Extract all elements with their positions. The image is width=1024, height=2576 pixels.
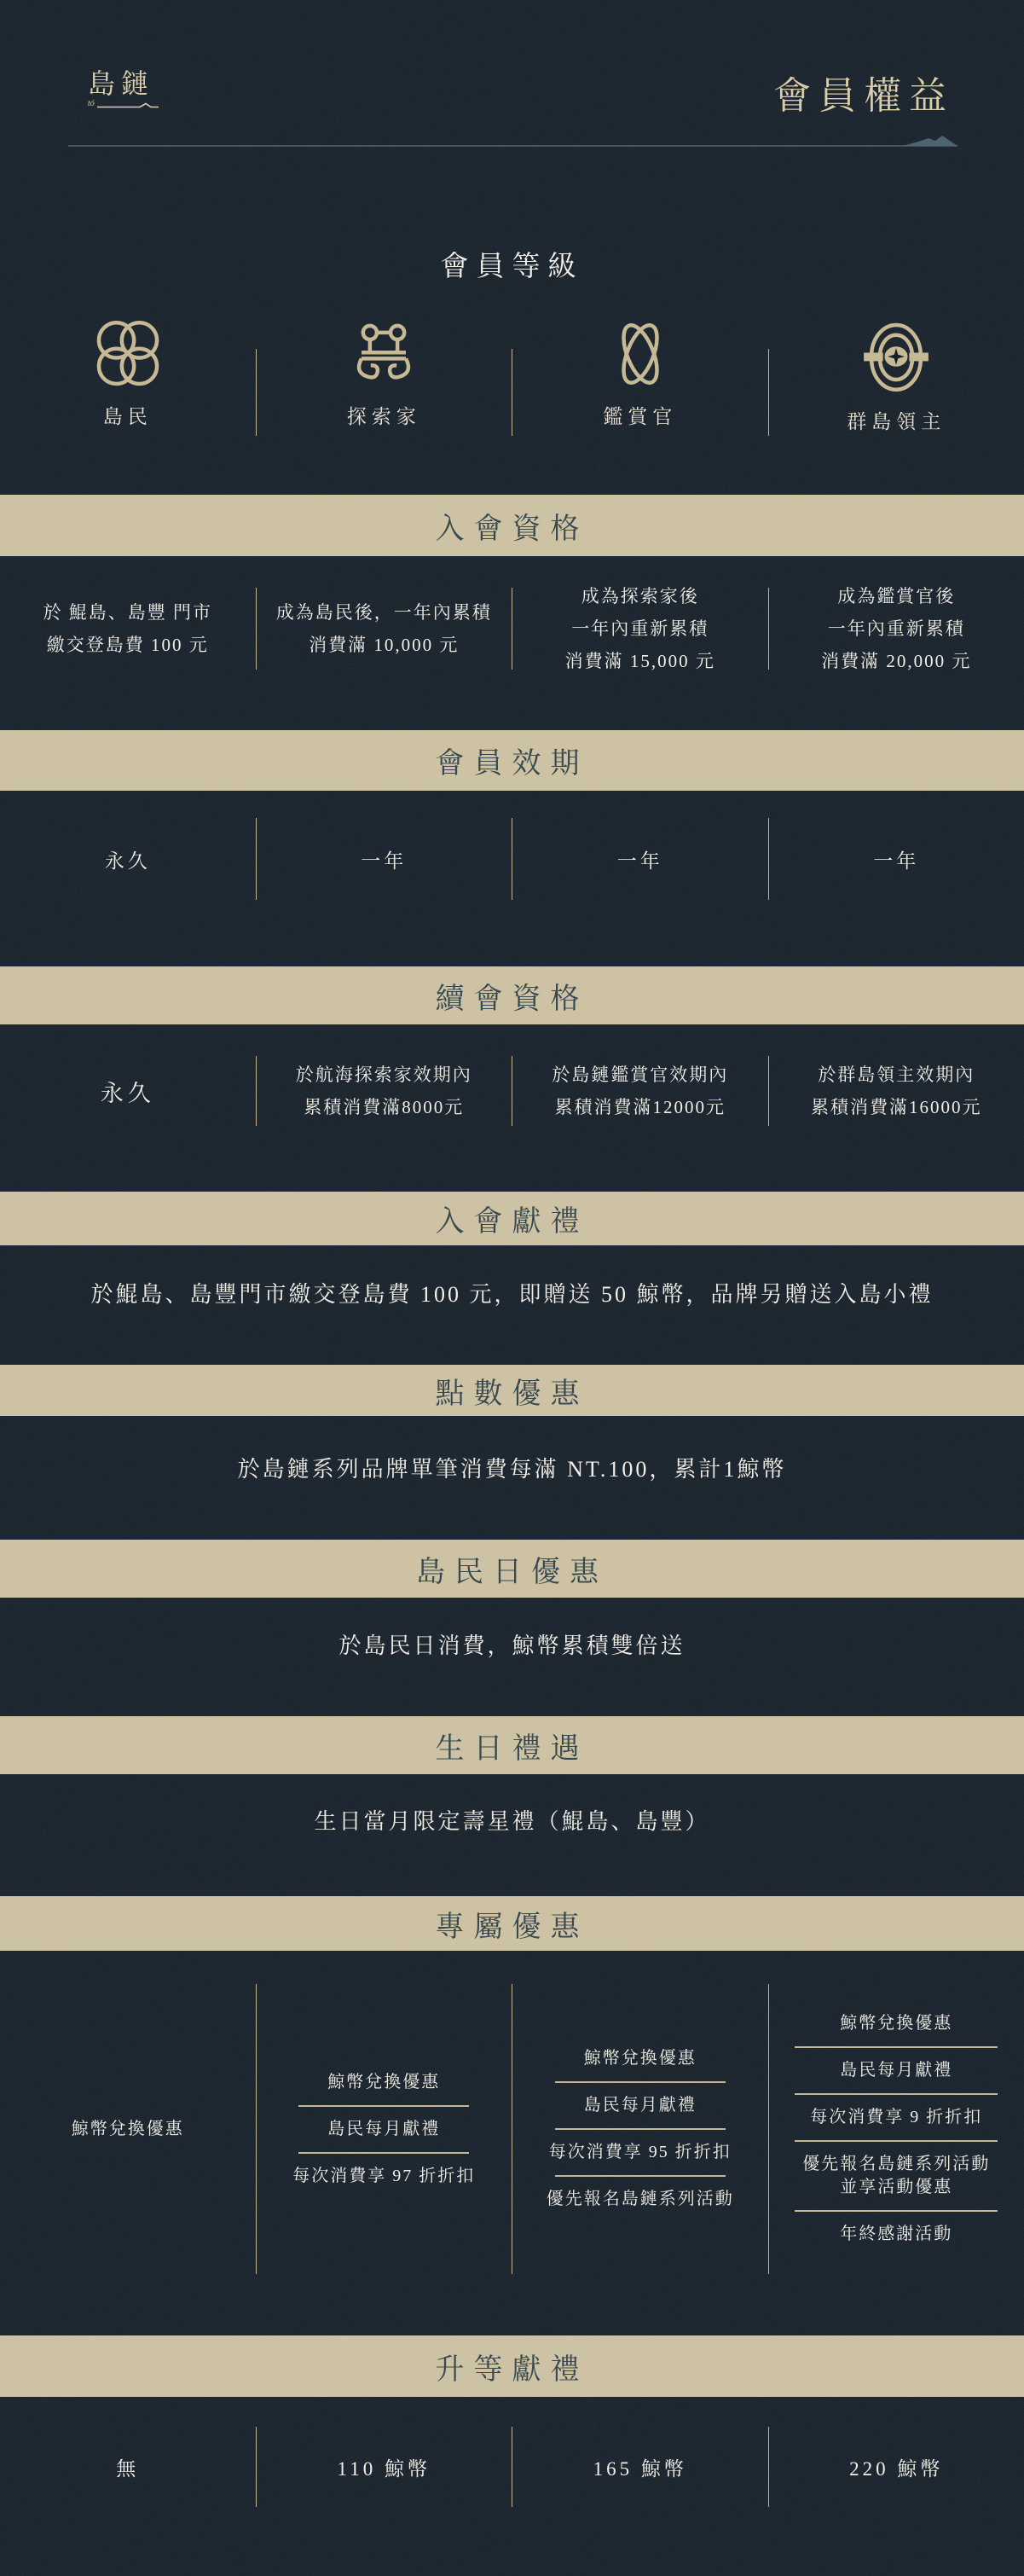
validity-col-4: 一年: [769, 791, 1024, 927]
tier-label: 鑑賞官: [603, 401, 677, 429]
band-title: 生日禮遇: [436, 1725, 589, 1767]
exclusive-item: 每次消費享 95 折折扣: [549, 2136, 732, 2169]
renewal-col-2: 於航海探索家效期內 累積消費滿8000元: [257, 1024, 512, 1157]
renewal-line: 於群島領主效期內: [818, 1059, 975, 1091]
member-levels-title: 會員等級: [0, 247, 1024, 287]
page-title: 會員權益: [773, 65, 954, 119]
validity-value: 一年: [361, 845, 407, 873]
item-separator-line: [795, 2046, 998, 2048]
header: 島鏈 tó 會員權益: [0, 0, 1024, 147]
band-points: 點數優惠: [0, 1365, 1024, 1416]
crest-icon: [852, 317, 940, 396]
logo-underline-icon: [97, 102, 159, 108]
qualification-line: 於 鯤島、島豐 門市: [43, 596, 213, 629]
validity-value: 一年: [873, 845, 919, 873]
renewal-col-1: 永久: [0, 1024, 256, 1157]
brand-logo-romanization: tó: [88, 100, 95, 108]
item-separator-line: [298, 2105, 469, 2107]
qualification-line: 成為島民後，一年內累積: [276, 596, 492, 629]
validity-col-3: 一年: [512, 791, 768, 927]
exclusive-item: 島民每月獻禮: [840, 2054, 952, 2087]
qualification-col-1: 於 鯤島、島豐 門市 繳交登島費 100 元: [0, 556, 256, 701]
islander-day-row: 於島民日消費，鯨幣累積雙倍送: [0, 1598, 1024, 1716]
upgrade-value: 165 鯨幣: [593, 2453, 687, 2481]
joining-gift-row: 於鯤島、島豐門市繳交登島費 100 元，即贈送 50 鯨幣，品牌另贈送入島小禮: [0, 1245, 1024, 1365]
validity-row: 永久 一年 一年 一年: [0, 791, 1024, 966]
qualification-col-3: 成為探索家後 一年內重新累積 消費滿 15,000 元: [512, 556, 768, 701]
upgrade-col-4: 220 鯨幣: [769, 2397, 1024, 2537]
item-separator-line: [555, 2081, 726, 2083]
birthday-row: 生日當月限定壽星禮（鯤島、島豐）: [0, 1774, 1024, 1896]
tier-connoisseur: 鑑賞官: [512, 317, 768, 429]
item-separator-line: [298, 2152, 469, 2154]
item-separator-line: [555, 2175, 726, 2177]
validity-value: 永久: [105, 845, 151, 873]
upgrade-value: 110 鯨幣: [338, 2453, 431, 2481]
renewal-line: 累積消費滿16000元: [811, 1091, 982, 1123]
band-title: 點數優惠: [436, 1370, 589, 1412]
item-separator-line: [555, 2128, 726, 2130]
brand-logo: 島鏈 tó: [88, 68, 159, 108]
exclusive-item: 鯨幣兌換優惠: [840, 2007, 952, 2040]
upgrade-gift-row: 無 110 鯨幣 165 鯨幣 220 鯨幣: [0, 2397, 1024, 2576]
band-title: 會員效期: [436, 740, 589, 781]
exclusive-item: 每次消費享 97 折折扣: [292, 2160, 475, 2193]
exclusive-col-1: 鯨幣兌換優惠: [0, 1951, 256, 2307]
exclusive-item: 優先報名島鏈系列活動 並享活動優惠: [802, 2148, 990, 2204]
qualification-line: 一年內重新累積: [828, 612, 965, 645]
qualification-line: 消費滿 15,000 元: [565, 645, 715, 677]
tier-label: 探索家: [347, 401, 421, 429]
exclusive-item: 年終感謝活動: [840, 2218, 952, 2251]
upgrade-value: 無: [116, 2453, 139, 2481]
tier-archipelago-lord: 群島領主: [769, 317, 1024, 434]
knot-icon: [341, 317, 426, 391]
tier-label: 島民: [103, 401, 153, 429]
band-title: 升等獻禮: [436, 2346, 589, 2387]
tier-explorer: 探索家: [257, 317, 512, 429]
exclusive-item: 鯨幣兌換優惠: [72, 2113, 184, 2146]
member-levels-section: 會員等級 島民: [0, 147, 1024, 495]
band-islander-day: 島民日優惠: [0, 1540, 1024, 1598]
birthday-text: 生日當月限定壽星禮（鯤島、島豐）: [314, 1804, 709, 1836]
band-title: 入會獻禮: [436, 1198, 589, 1239]
upgrade-col-2: 110 鯨幣: [257, 2397, 512, 2537]
band-validity: 會員效期: [0, 730, 1024, 791]
exclusive-item: 每次消費享 9 折折扣: [810, 2101, 982, 2134]
qualification-line: 一年內重新累積: [571, 612, 709, 645]
item-separator-line: [795, 2210, 998, 2212]
exclusive-row: 鯨幣兌換優惠 鯨幣兌換優惠 島民每月獻禮 每次消費享 97 折折扣 鯨幣兌換優惠…: [0, 1951, 1024, 2335]
joining-gift-text: 於鯤島、島豐門市繳交登島費 100 元，即贈送 50 鯨幣，品牌另贈送入島小禮: [90, 1277, 933, 1308]
renewal-line: 於航海探索家效期內: [296, 1059, 472, 1091]
exclusive-item: 島民每月獻禮: [584, 2089, 697, 2122]
band-title: 入會資格: [436, 505, 589, 547]
exclusive-col-2: 鯨幣兌換優惠 島民每月獻禮 每次消費享 97 折折扣: [257, 1951, 512, 2307]
band-joining-gift: 入會獻禮: [0, 1192, 1024, 1245]
band-renewal: 續會資格: [0, 966, 1024, 1024]
qualification-line: 成為鑑賞官後: [837, 580, 955, 612]
qualification-col-4: 成為鑑賞官後 一年內重新累積 消費滿 20,000 元: [769, 556, 1024, 701]
qualification-line: 成為探索家後: [581, 580, 699, 612]
validity-col-2: 一年: [257, 791, 512, 927]
upgrade-col-1: 無: [0, 2397, 256, 2537]
qualification-row: 於 鯤島、島豐 門市 繳交登島費 100 元 成為島民後，一年內累積 消費滿 1…: [0, 556, 1024, 730]
points-row: 於島鏈系列品牌單筆消費每滿 NT.100，累計1鯨幣: [0, 1416, 1024, 1540]
band-birthday: 生日禮遇: [0, 1716, 1024, 1774]
mountain-icon: [903, 136, 957, 146]
upgrade-value: 220 鯨幣: [849, 2453, 943, 2481]
qualification-line: 繳交登島費 100 元: [47, 629, 209, 661]
renewal-value: 永久: [101, 1075, 155, 1108]
band-title: 專屬優惠: [436, 1903, 589, 1945]
band-exclusive: 專屬優惠: [0, 1896, 1024, 1951]
exclusive-item: 鯨幣兌換優惠: [327, 2066, 440, 2099]
exclusive-col-4: 鯨幣兌換優惠 島民每月獻禮 每次消費享 9 折折扣 優先報名島鏈系列活動 並享活…: [769, 1951, 1024, 2307]
qualification-line: 消費滿 10,000 元: [309, 629, 459, 661]
band-upgrade-gift: 升等獻禮: [0, 2335, 1024, 2397]
rings-icon: [85, 317, 171, 391]
exclusive-item: 優先報名島鏈系列活動: [547, 2183, 734, 2216]
band-title: 島民日優惠: [416, 1548, 608, 1590]
exclusive-col-3: 鯨幣兌換優惠 島民每月獻禮 每次消費享 95 折折扣 優先報名島鏈系列活動: [512, 1951, 768, 2307]
tier-row: 島民 探索家: [0, 317, 1024, 452]
weave-icon: [598, 317, 683, 391]
exclusive-item: 鯨幣兌換優惠: [584, 2042, 697, 2075]
brand-logo-text: 島鏈: [88, 68, 159, 99]
islander-day-text: 於島民日消費，鯨幣累積雙倍送: [338, 1628, 685, 1660]
renewal-col-4: 於群島領主效期內 累積消費滿16000元: [769, 1024, 1024, 1157]
band-title: 續會資格: [436, 975, 589, 1017]
renewal-line: 於島鏈鑑賞官效期內: [552, 1059, 728, 1091]
membership-benefits-page: 島鏈 tó 會員權益 會員等級: [0, 0, 1024, 2576]
brand-logo-subtitle: tó: [88, 100, 159, 108]
renewal-row: 永久 於航海探索家效期內 累積消費滿8000元 於島鏈鑑賞官效期內 累積消費滿1…: [0, 1024, 1024, 1192]
renewal-line: 累積消費滿12000元: [555, 1091, 726, 1123]
qualification-line: 消費滿 20,000 元: [821, 645, 971, 677]
validity-value: 一年: [617, 845, 663, 873]
band-qualification: 入會資格: [0, 495, 1024, 556]
upgrade-col-3: 165 鯨幣: [512, 2397, 768, 2537]
points-text: 於島鏈系列品牌單筆消費每滿 NT.100，累計1鯨幣: [238, 1452, 787, 1483]
item-separator-line: [795, 2140, 998, 2142]
item-separator-line: [795, 2093, 998, 2095]
tier-label: 群島領主: [847, 406, 946, 434]
renewal-col-3: 於島鏈鑑賞官效期內 累積消費滿12000元: [512, 1024, 768, 1157]
exclusive-item: 島民每月獻禮: [327, 2113, 440, 2146]
validity-col-1: 永久: [0, 791, 256, 927]
qualification-col-2: 成為島民後，一年內累積 消費滿 10,000 元: [257, 556, 512, 701]
renewal-line: 累積消費滿8000元: [304, 1091, 464, 1123]
tier-islander: 島民: [0, 317, 256, 429]
